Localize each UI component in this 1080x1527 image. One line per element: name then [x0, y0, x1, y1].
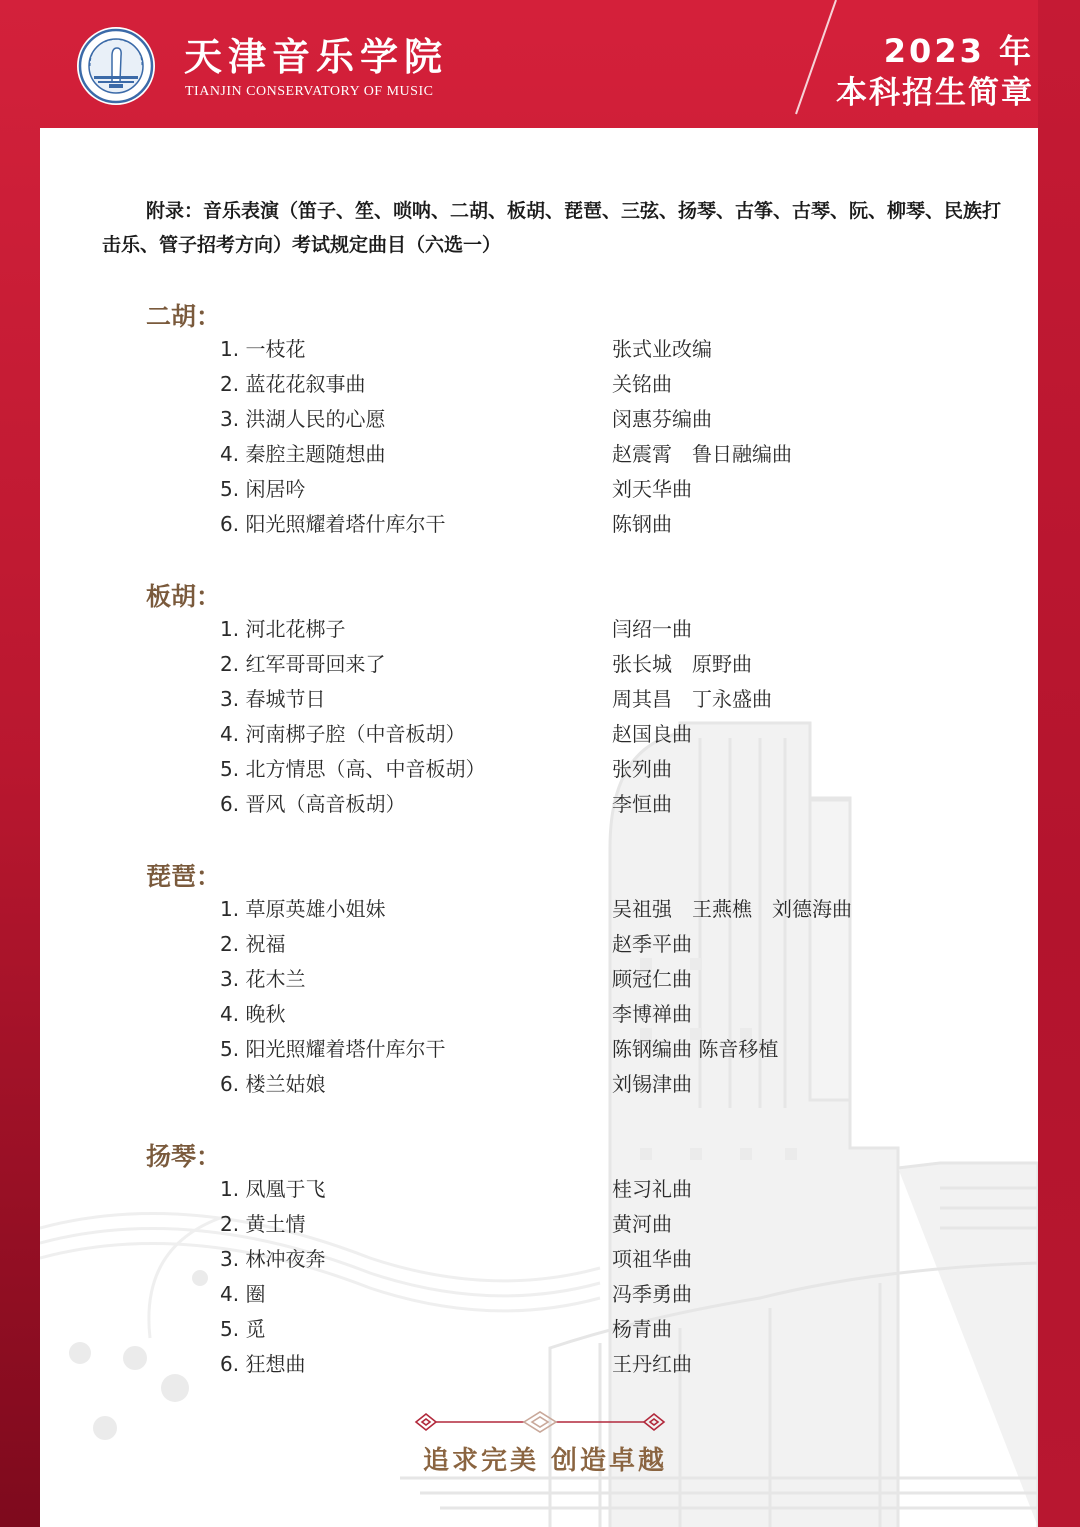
piece-title: 3. 林冲夜奔: [220, 1242, 325, 1276]
piece-title: 4. 圈: [220, 1277, 265, 1311]
list-item: 2. 祝福 赵季平曲: [40, 927, 1038, 962]
list-item: 6. 狂想曲 王丹红曲: [40, 1347, 1038, 1382]
decorative-divider-ornament-icon: [414, 1410, 666, 1434]
composer: 张长城 原野曲: [612, 647, 752, 681]
list-item: 5. 阳光照耀着塔什库尔干 陈钢编曲 陈音移植: [40, 1032, 1038, 1067]
list-item: 3. 春城节日 周其昌 丁永盛曲: [40, 682, 1038, 717]
content-page: 附录：音乐表演（笛子、笙、唢呐、二胡、板胡、琵琶、三弦、扬琴、古筝、古琴、阮、柳…: [40, 128, 1038, 1527]
composer: 桂习礼曲: [612, 1172, 692, 1206]
piece-title: 1. 草原英雄小姐妹: [220, 892, 385, 926]
composer: 杨青曲: [612, 1312, 672, 1346]
section-title: 扬琴：: [146, 1140, 221, 1174]
piece-title: 6. 晋风（高音板胡）: [220, 787, 405, 821]
piece-title: 6. 阳光照耀着塔什库尔干: [220, 507, 445, 541]
list-item: 1. 凤凰于飞 桂习礼曲: [40, 1172, 1038, 1207]
section-title: 琵琶：: [146, 860, 221, 894]
school-name-en: TIANJIN CONSERVATORY OF MUSIC: [185, 84, 433, 100]
piece-title: 5. 觅: [220, 1312, 265, 1346]
list-item: 4. 秦腔主题随想曲 赵震霄 鲁日融编曲: [40, 437, 1038, 472]
list-item: 6. 晋风（高音板胡） 李恒曲: [40, 787, 1038, 822]
composer: 李博禅曲: [612, 997, 692, 1031]
piece-title: 1. 一枝花: [220, 332, 305, 366]
composer: 张式业改编: [612, 332, 712, 366]
piece-title: 6. 狂想曲: [220, 1347, 305, 1381]
piece-title: 2. 红军哥哥回来了: [220, 647, 385, 681]
list-item: 3. 花木兰 顾冠仁曲: [40, 962, 1038, 997]
list-item: 5. 北方情思（高、中音板胡） 张列曲: [40, 752, 1038, 787]
composer: 刘锡津曲: [612, 1067, 692, 1101]
list-item: 4. 晚秋 李博禅曲: [40, 997, 1038, 1032]
list-item: 2. 蓝花花叙事曲 关铭曲: [40, 367, 1038, 402]
list-item: 5. 闲居吟 刘天华曲: [40, 472, 1038, 507]
list-item: 1. 草原英雄小姐妹 吴祖强 王燕樵 刘德海曲: [40, 892, 1038, 927]
composer: 赵季平曲: [612, 927, 692, 961]
piece-title: 3. 春城节日: [220, 682, 325, 716]
piece-title: 2. 黄土情: [220, 1207, 305, 1241]
section-title: 板胡：: [146, 580, 221, 614]
list-item: 4. 河南梆子腔（中音板胡） 赵国良曲: [40, 717, 1038, 752]
piece-title: 4. 河南梆子腔（中音板胡）: [220, 717, 465, 751]
composer: 陈钢曲: [612, 507, 672, 541]
list-item: 6. 楼兰姑娘 刘锡津曲: [40, 1067, 1038, 1102]
composer: 王丹红曲: [612, 1347, 692, 1381]
piece-title: 2. 祝福: [220, 927, 285, 961]
footer-slogan: 追求完美 创造卓越: [420, 1440, 670, 1477]
piece-title: 1. 河北花梆子: [220, 612, 345, 646]
composer: 闵惠芬编曲: [612, 402, 712, 436]
composer: 顾冠仁曲: [612, 962, 692, 996]
list-item: 4. 圈 冯季勇曲: [40, 1277, 1038, 1312]
composer: 周其昌 丁永盛曲: [612, 682, 772, 716]
composer: 李恒曲: [612, 787, 672, 821]
right-frame-border: [1038, 0, 1080, 1527]
composer: 陈钢编曲 陈音移植: [612, 1032, 778, 1066]
list-item: 1. 一枝花 张式业改编: [40, 332, 1038, 367]
left-frame-border: [0, 0, 40, 1527]
composer: 冯季勇曲: [612, 1277, 692, 1311]
list-item: 2. 黄土情 黄河曲: [40, 1207, 1038, 1242]
header-divider-slash: [790, 0, 840, 118]
composer: 张列曲: [612, 752, 672, 786]
section-title: 二胡：: [146, 300, 221, 334]
list-item: 3. 洪湖人民的心愿 闵惠芬编曲: [40, 402, 1038, 437]
piece-title: 4. 晚秋: [220, 997, 285, 1031]
piece-title: 3. 洪湖人民的心愿: [220, 402, 385, 436]
composer: 项祖华曲: [612, 1242, 692, 1276]
list-item: 2. 红军哥哥回来了 张长城 原野曲: [40, 647, 1038, 682]
composer: 黄河曲: [612, 1207, 672, 1241]
composer: 刘天华曲: [612, 472, 692, 506]
piece-title: 6. 楼兰姑娘: [220, 1067, 325, 1101]
piece-title: 5. 北方情思（高、中音板胡）: [220, 752, 485, 786]
piece-title: 5. 闲居吟: [220, 472, 305, 506]
list-item: 3. 林冲夜奔 项祖华曲: [40, 1242, 1038, 1277]
brochure-title: 本科招生简章: [836, 74, 1034, 112]
school-emblem-icon: [76, 26, 156, 106]
piece-title: 4. 秦腔主题随想曲: [220, 437, 385, 471]
piece-title: 5. 阳光照耀着塔什库尔干: [220, 1032, 445, 1066]
piece-title: 1. 凤凰于飞: [220, 1172, 325, 1206]
composer: 闫绍一曲: [612, 612, 692, 646]
list-item: 1. 河北花梆子 闫绍一曲: [40, 612, 1038, 647]
appendix-intro-heading: 附录：音乐表演（笛子、笙、唢呐、二胡、板胡、琵琶、三弦、扬琴、古筝、古琴、阮、柳…: [102, 194, 1002, 262]
composer: 关铭曲: [612, 367, 672, 401]
list-item: 6. 阳光照耀着塔什库尔干 陈钢曲: [40, 507, 1038, 542]
year-title: 2023 年: [884, 32, 1034, 70]
composer: 吴祖强 王燕樵 刘德海曲: [612, 892, 852, 926]
list-item: 5. 觅 杨青曲: [40, 1312, 1038, 1347]
composer: 赵震霄 鲁日融编曲: [612, 437, 792, 471]
piece-title: 3. 花木兰: [220, 962, 305, 996]
piece-title: 2. 蓝花花叙事曲: [220, 367, 365, 401]
header-banner: 天津音乐学院 TIANJIN CONSERVATORY OF MUSIC 202…: [0, 0, 1080, 128]
composer: 赵国良曲: [612, 717, 692, 751]
school-name-cn: 天津音乐学院: [184, 34, 448, 80]
